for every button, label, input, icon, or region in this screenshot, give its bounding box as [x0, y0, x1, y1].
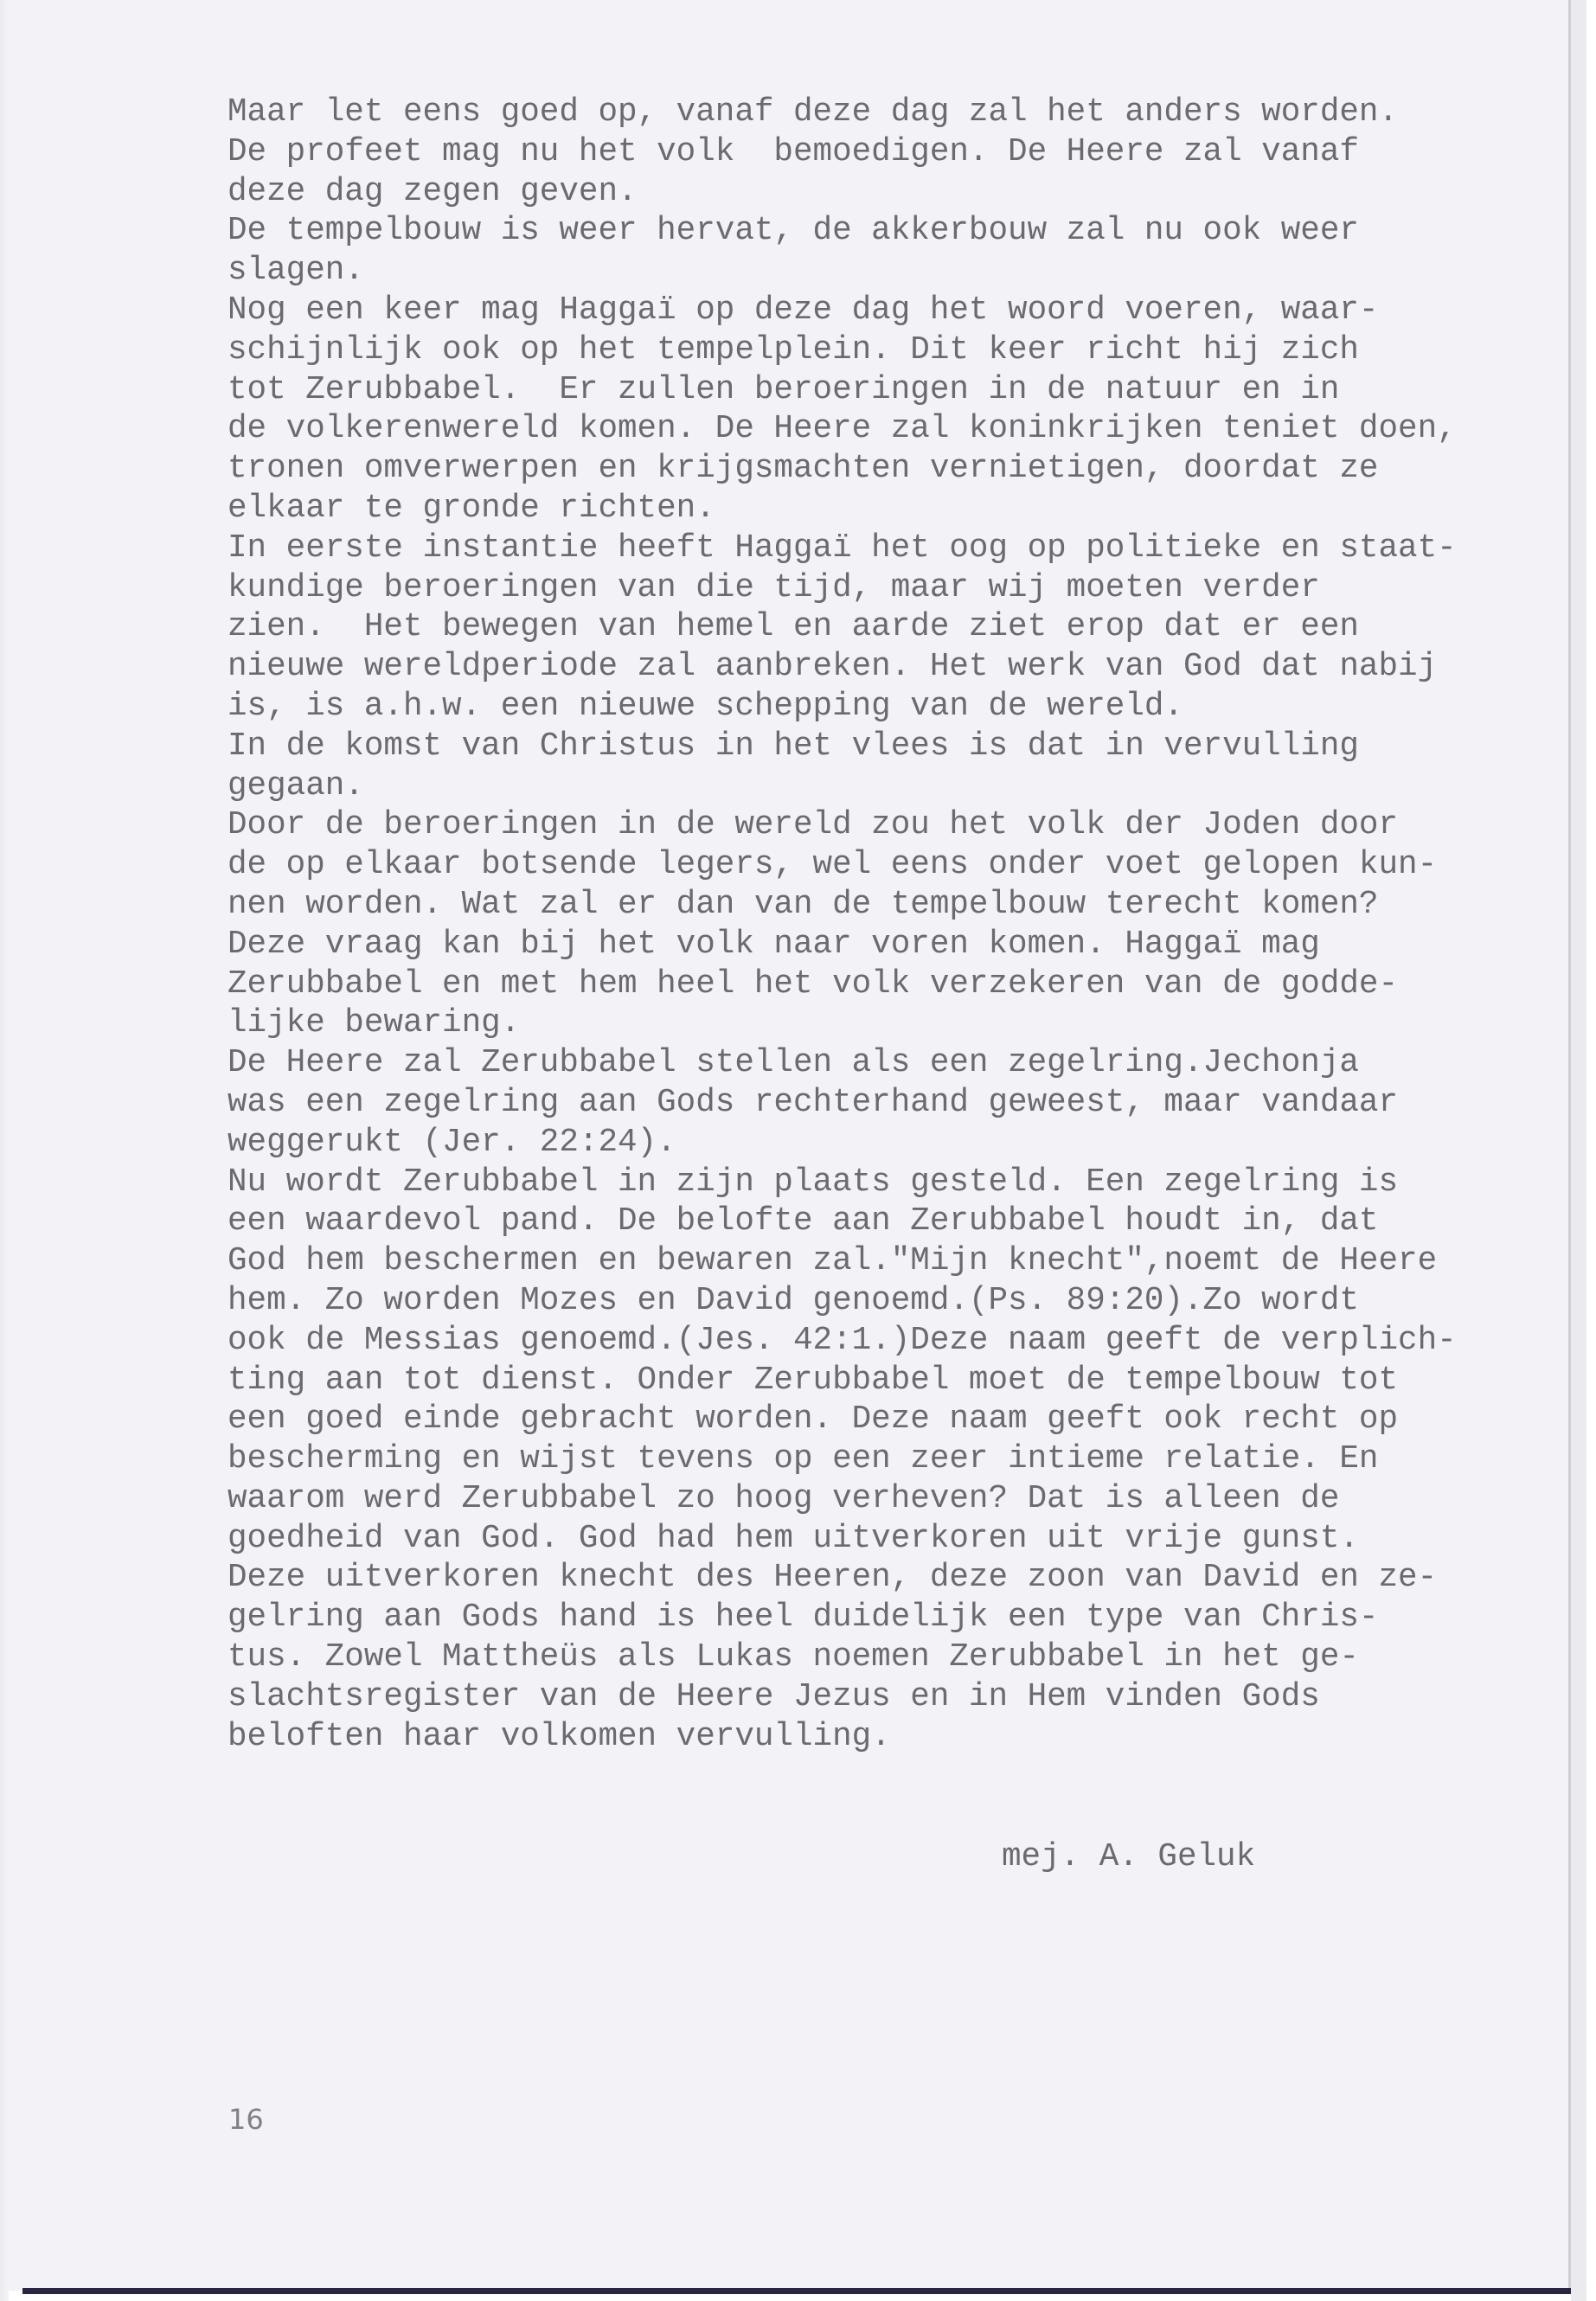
text-line: ook de Messias genoemd.(Jes. 42:1.)Deze … — [228, 1322, 1457, 1362]
text-line: Nu wordt Zerubbabel in zijn plaats geste… — [228, 1163, 1457, 1203]
text-line: In eerste instantie heeft Haggaï het oog… — [228, 529, 1457, 569]
text-line: ting aan tot dienst. Onder Zerubbabel mo… — [228, 1362, 1457, 1401]
text-line: tot Zerubbabel. Er zullen beroeringen in… — [228, 371, 1457, 411]
text-line: In de komst van Christus in het vlees is… — [228, 727, 1457, 767]
text-line: de op elkaar botsende legers, wel eens o… — [228, 846, 1457, 886]
text-line: zien. Het bewegen van hemel en aarde zie… — [228, 608, 1457, 648]
text-line: de volkerenwereld komen. De Heere zal ko… — [228, 410, 1457, 450]
text-line: goedheid van God. God had hem uitverkore… — [228, 1520, 1457, 1560]
document-body-text: Maar let eens goed op, vanaf deze dag za… — [228, 93, 1457, 1757]
text-line: Deze uitverkoren knecht des Heeren, deze… — [228, 1559, 1457, 1599]
text-line: Zerubbabel en met hem heel het volk verz… — [228, 965, 1457, 1005]
text-line: De Heere zal Zerubbabel stellen als een … — [228, 1044, 1457, 1084]
text-line: slachtsregister van de Heere Jezus en in… — [228, 1678, 1457, 1718]
text-line: bescherming en wijst tevens op een zeer … — [228, 1440, 1457, 1480]
text-line: gelring aan Gods hand is heel duidelijk … — [228, 1599, 1457, 1638]
scan-bottom-bar — [22, 2288, 1571, 2294]
text-line: lijke bewaring. — [228, 1004, 1457, 1044]
text-line: kundige beroeringen van die tijd, maar w… — [228, 569, 1457, 609]
text-line: elkaar te gronde richten. — [228, 490, 1457, 529]
scan-right-strip — [1571, 0, 1586, 2301]
text-line: nen worden. Wat zal er dan van de tempel… — [228, 886, 1457, 926]
text-line: nieuwe wereldperiode zal aanbreken. Het … — [228, 648, 1457, 688]
text-line: weggerukt (Jer. 22:24). — [228, 1124, 1457, 1163]
text-line: God hem beschermen en bewaren zal."Mijn … — [228, 1242, 1457, 1282]
text-line: schijnlijk ook op het tempelplein. Dit k… — [228, 331, 1457, 371]
text-line: waarom werd Zerubbabel zo hoog verheven?… — [228, 1480, 1457, 1520]
author-signature: mej. A. Geluk — [1002, 1837, 1255, 1877]
text-line: Maar let eens goed op, vanaf deze dag za… — [228, 93, 1457, 133]
text-line: De profeet mag nu het volk bemoedigen. D… — [228, 133, 1457, 173]
text-line: Nog een keer mag Haggaï op deze dag het … — [228, 292, 1457, 331]
text-line: was een zegelring aan Gods rechterhand g… — [228, 1084, 1457, 1124]
text-line: tronen omverwerpen en krijgsmachten vern… — [228, 450, 1457, 490]
text-line: De tempelbouw is weer hervat, de akkerbo… — [228, 212, 1457, 252]
text-line: Door de beroeringen in de wereld zou het… — [228, 806, 1457, 846]
text-line: beloften haar volkomen vervulling. — [228, 1718, 1457, 1758]
page-number: 16 — [228, 2104, 264, 2135]
text-line: een waardevol pand. De belofte aan Zerub… — [228, 1202, 1457, 1242]
text-line: hem. Zo worden Mozes en David genoemd.(P… — [228, 1282, 1457, 1322]
text-line: Deze vraag kan bij het volk naar voren k… — [228, 926, 1457, 965]
text-line: gegaan. — [228, 767, 1457, 807]
text-line: een goed einde gebracht worden. Deze naa… — [228, 1400, 1457, 1440]
text-line: is, is a.h.w. een nieuwe schepping van d… — [228, 688, 1457, 727]
text-line: tus. Zowel Mattheüs als Lukas noemen Zer… — [228, 1638, 1457, 1678]
text-line: deze dag zegen geven. — [228, 173, 1457, 213]
text-line: slagen. — [228, 252, 1457, 292]
